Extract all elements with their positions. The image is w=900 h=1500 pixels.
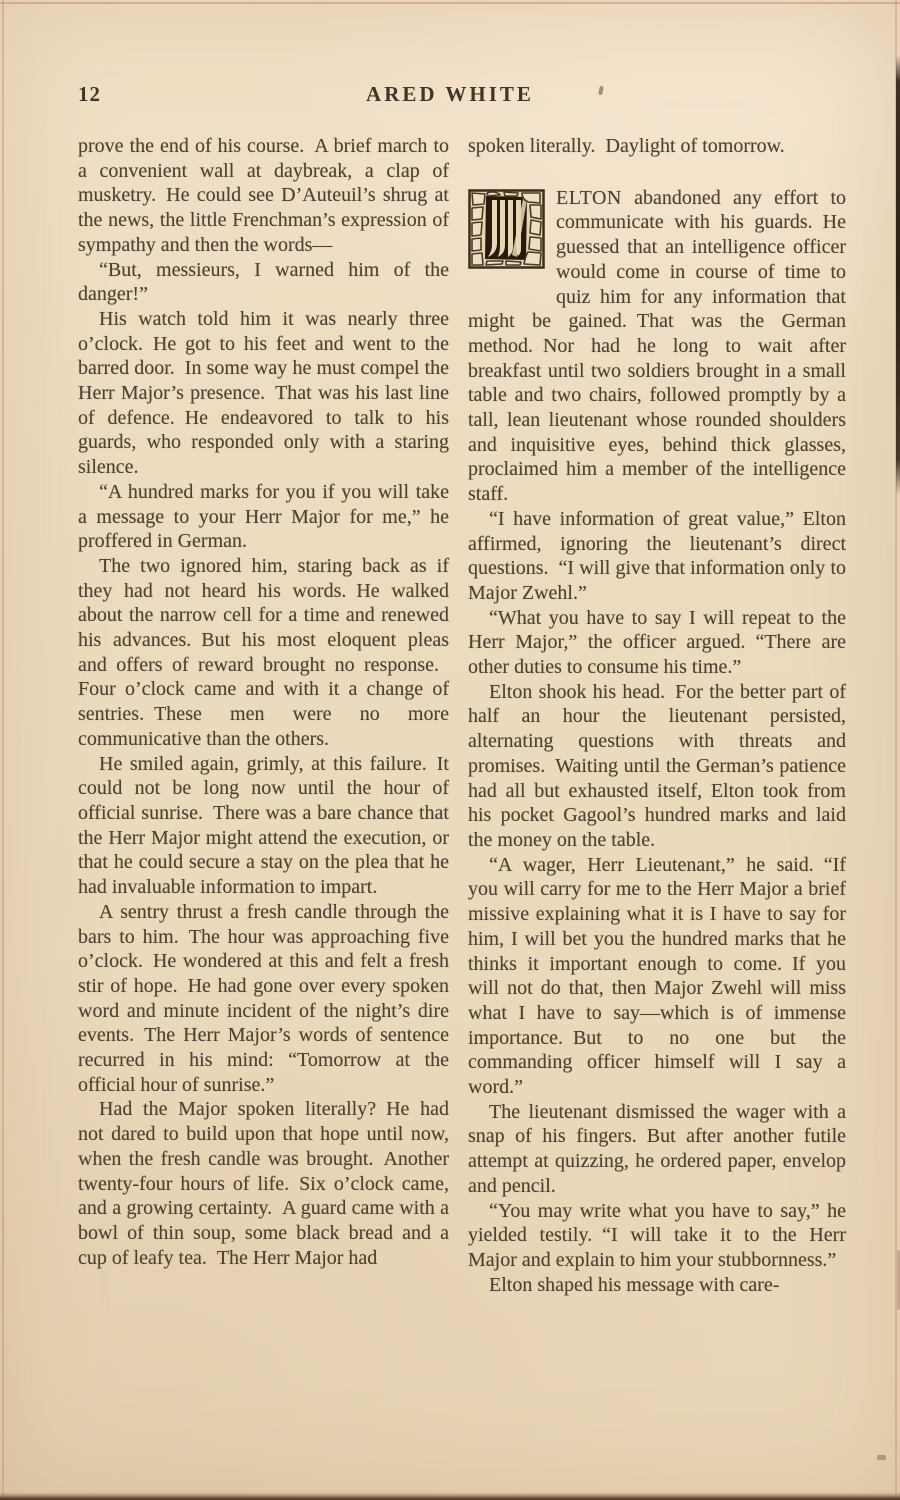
book-page: 12 ARED WHITE prove the end of his cours… xyxy=(0,0,900,1500)
drop-cap-paragraph: ELTON abandoned any effort to communicat… xyxy=(468,186,846,507)
paragraph: Had the Major spoken literally? He had n… xyxy=(78,1097,449,1270)
paragraph: “What you have to say I will repeat to t… xyxy=(468,606,846,680)
scan-border-right xyxy=(895,0,897,1500)
paragraph: A sentry thrust a fresh candle through t… xyxy=(78,900,449,1098)
drop-cap-word: ELTON xyxy=(556,187,622,209)
scan-border-bottom xyxy=(0,1492,900,1500)
paragraph: The two ignored him, staring back as if … xyxy=(78,554,449,752)
paragraph: “A hundred marks for you if you will tak… xyxy=(78,480,449,554)
paragraph: “I have information of great value,” Elt… xyxy=(468,507,846,606)
paragraph: His watch told him it was nearly three o… xyxy=(78,307,449,480)
paragraph: spoken literally. Daylight of tomorrow. xyxy=(468,134,846,159)
scan-border-left xyxy=(2,0,4,1500)
paragraph: Elton shook his head. For the better par… xyxy=(468,680,846,853)
paragraph: “A wager, Herr Lieutenant,” he said. “If… xyxy=(468,853,846,1100)
scan-gutter-shadow xyxy=(896,55,900,495)
paragraph: “You may write what you have to say,” he… xyxy=(468,1199,846,1273)
running-title: ARED WHITE xyxy=(366,82,534,107)
ink-speck xyxy=(877,1455,886,1460)
paragraph: He smiled again, grimly, at this failure… xyxy=(78,752,449,900)
ornamental-initial-icon xyxy=(468,189,545,269)
paragraph: “But, messieurs, I warned him of the dan… xyxy=(78,258,449,307)
left-column: prove the end of his course. A brief mar… xyxy=(78,134,449,1270)
page-header: 12 ARED WHITE xyxy=(0,82,900,110)
page-number: 12 xyxy=(78,82,101,107)
paragraph: prove the end of his course. A brief mar… xyxy=(78,134,449,258)
right-column: spoken literally. Daylight of tomorrow. xyxy=(468,134,846,1297)
paragraph: The lieutenant dismissed the wager with … xyxy=(468,1100,846,1199)
scan-border-top xyxy=(0,2,900,4)
paragraph: Elton shaped his message with care- xyxy=(468,1273,846,1298)
